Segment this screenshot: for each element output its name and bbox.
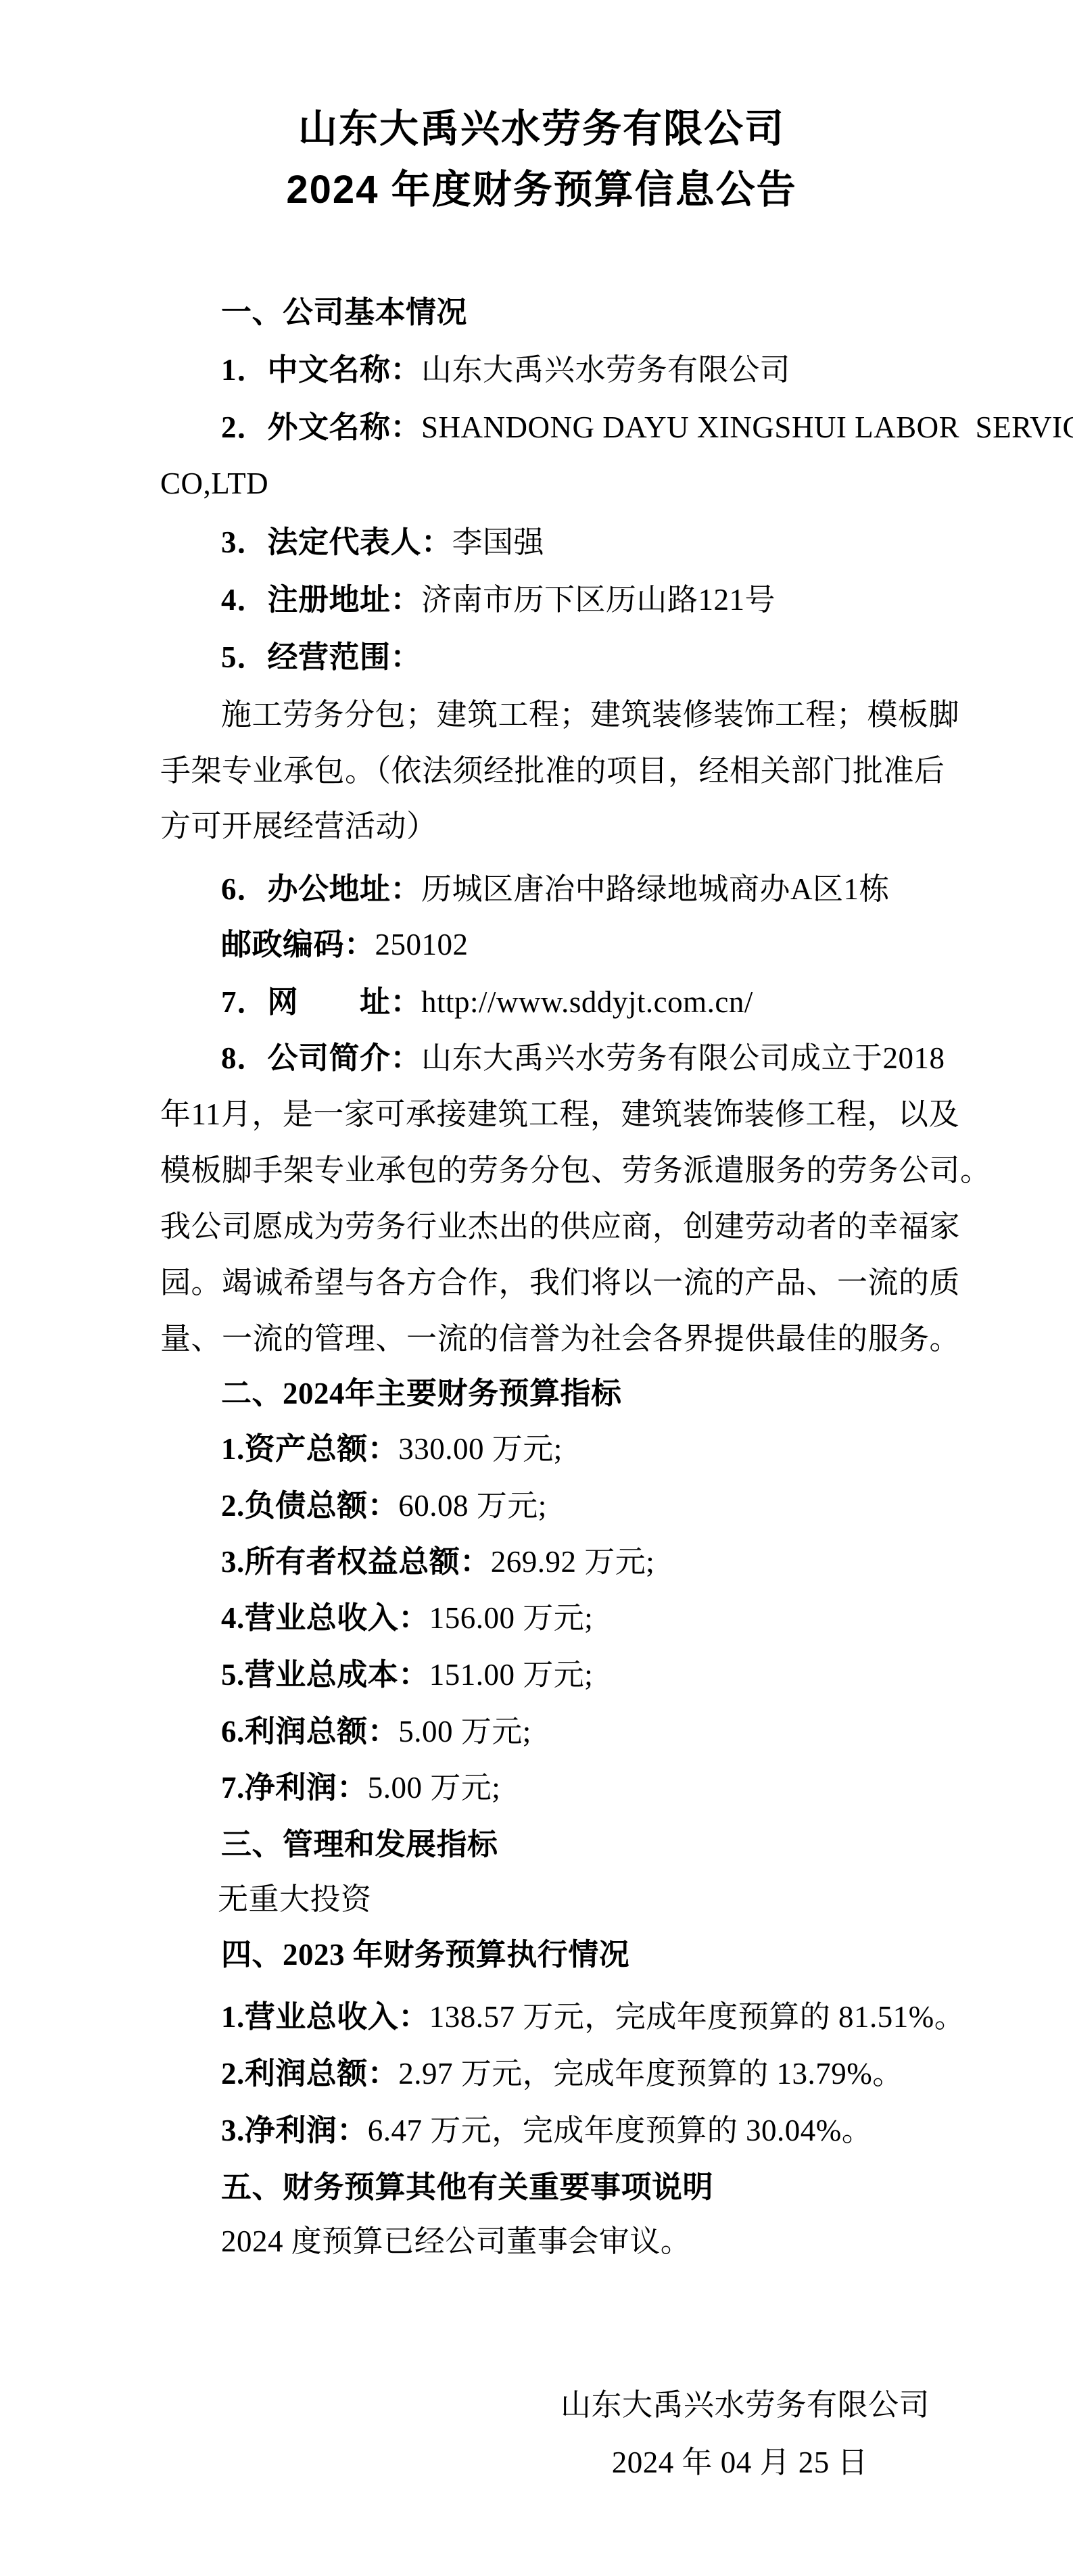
text-line: 5.营业总成本：151.00 万元; — [221, 1658, 593, 1693]
text-line: 3.所有者权益总额：269.92 万元; — [221, 1545, 654, 1580]
value-text: CO,LTD — [160, 467, 268, 500]
label-text: 8．公司简介： — [221, 1041, 421, 1075]
label-text: 5.营业总成本： — [221, 1658, 429, 1692]
value-text: 山东大禹兴水劳务有限公司 — [421, 353, 790, 387]
text-line: 3.净利润：6.47 万元，完成年度预算的 30.04%。 — [221, 2114, 872, 2149]
value-text: 5.00 万元; — [368, 1771, 501, 1805]
document-page: 山东大禹兴水劳务有限公司 2024 年度财务预算信息公告 山东大禹兴水劳务有限公… — [0, 0, 1073, 2576]
value-text: 60.08 万元; — [398, 1489, 547, 1523]
label-text: 邮政编码： — [221, 928, 375, 961]
value-text: 年11月，是一家可承接建筑工程，建筑装饰装修工程，以及 — [160, 1097, 959, 1131]
label-text: 四、2023 年财务预算执行情况 — [221, 1938, 629, 1972]
value-text: http://www.sddyjt.com.cn/ — [421, 985, 753, 1019]
label-text: 4．注册地址： — [221, 583, 421, 617]
text-line: 2.利润总额：2.97 万元，完成年度预算的 13.79%。 — [221, 2057, 903, 2092]
label-text: 7．网 址： — [221, 985, 421, 1019]
text-line: 邮政编码：250102 — [221, 928, 469, 963]
label-text: 1.营业总收入： — [221, 2000, 429, 2034]
value-text: 山东大禹兴水劳务有限公司 — [561, 2388, 930, 2422]
label-text: 3．法定代表人： — [221, 525, 452, 559]
label-text: 2024 年度财务预算信息公告 — [286, 168, 796, 212]
signature-company: 山东大禹兴水劳务有限公司 — [561, 2388, 930, 2423]
value-text: 量、一流的管理、一流的信誉为社会各界提供最佳的服务。 — [160, 1322, 960, 1356]
value-text: 269.92 万元; — [491, 1545, 655, 1579]
text-line: 7．网 址：http://www.sddyjt.com.cn/ — [221, 985, 753, 1020]
section-heading-2: 二、2024年主要财务预算指标 — [221, 1377, 622, 1412]
label-text: 7.净利润： — [221, 1771, 368, 1805]
text-line: 我公司愿成为劳务行业杰出的供应商，创建劳动者的幸福家 — [160, 1210, 960, 1245]
doc-title-line-1: 山东大禹兴水劳务有限公司 — [160, 107, 923, 152]
text-line: 4.营业总收入：156.00 万元; — [221, 1601, 593, 1636]
value-text: 156.00 万元; — [429, 1601, 594, 1635]
text-line: 年11月，是一家可承接建筑工程，建筑装饰装修工程，以及 — [160, 1097, 959, 1132]
value-text: 2024 年 04 月 25 日 — [612, 2446, 868, 2479]
text-line: 6.利润总额：5.00 万元; — [221, 1715, 531, 1750]
value-text: 李国强 — [452, 525, 545, 559]
text-line: 3．法定代表人：李国强 — [221, 525, 544, 560]
value-text: SHANDONG DAYU XINGSHUI LABOR SERVICE — [421, 410, 1073, 444]
label-text: 1．中文名称： — [221, 353, 421, 387]
label-text: 2．外文名称： — [221, 410, 421, 444]
section-heading-3: 三、管理和发展指标 — [221, 1828, 498, 1863]
value-text: 138.57 万元，完成年度预算的 81.51%。 — [429, 2000, 965, 2034]
section-heading-4: 四、2023 年财务预算执行情况 — [221, 1938, 629, 1973]
value-text: 园。竭诚希望与各方合作，我们将以一流的产品、一流的质 — [160, 1266, 960, 1299]
text-line: 8．公司简介：山东大禹兴水劳务有限公司成立于2018 — [221, 1041, 945, 1076]
label-text: 2.利润总额： — [221, 2057, 398, 2091]
text-line: 2．外文名称：SHANDONG DAYU XINGSHUI LABOR SERV… — [221, 410, 1073, 446]
text-line: CO,LTD — [160, 467, 268, 502]
value-text: 手架专业承包。（依法须经批准的项目，经相关部门批准后 — [160, 754, 945, 788]
text-line: 1．中文名称：山东大禹兴水劳务有限公司 — [221, 353, 790, 388]
value-text: 济南市历下区历山路121号 — [421, 583, 776, 617]
label-text: 三、管理和发展指标 — [221, 1828, 498, 1861]
label-text: 二、2024年主要财务预算指标 — [221, 1377, 622, 1410]
text-line: 方可开展经营活动） — [160, 809, 437, 844]
value-text: 330.00 万元; — [398, 1432, 563, 1466]
doc-title-line-2: 2024 年度财务预算信息公告 — [160, 168, 923, 213]
signature-date: 2024 年 04 月 25 日 — [612, 2446, 868, 2481]
label-text: 2.负债总额： — [221, 1489, 398, 1523]
text-line: 园。竭诚希望与各方合作，我们将以一流的产品、一流的质 — [160, 1266, 960, 1301]
text-line: 施工劳务分包；建筑工程；建筑装修装饰工程；模板脚 — [221, 698, 959, 733]
section-heading-5: 五、财务预算其他有关重要事项说明 — [221, 2170, 713, 2205]
value-text: 6.47 万元，完成年度预算的 30.04%。 — [368, 2114, 873, 2147]
section-heading-1: 一、公司基本情况 — [221, 295, 467, 331]
text-line: 量、一流的管理、一流的信誉为社会各界提供最佳的服务。 — [160, 1322, 960, 1357]
text-line: 模板脚手架专业承包的劳务分包、劳务派遣服务的劳务公司。 — [160, 1153, 991, 1189]
text-line: 6．办公地址：历城区唐冶中路绿地城商办A区1栋 — [221, 872, 890, 907]
label-text: 6.利润总额： — [221, 1715, 398, 1748]
value-text: 我公司愿成为劳务行业杰出的供应商，创建劳动者的幸福家 — [160, 1210, 960, 1243]
value-text: 模板脚手架专业承包的劳务分包、劳务派遣服务的劳务公司。 — [160, 1153, 991, 1187]
text-line: 7.净利润：5.00 万元; — [221, 1771, 500, 1806]
value-text: 无重大投资 — [218, 1882, 372, 1916]
value-text: 山东大禹兴水劳务有限公司成立于2018 — [421, 1041, 945, 1075]
value-text: 250102 — [375, 928, 469, 961]
text-line: 1.资产总额：330.00 万元; — [221, 1432, 563, 1467]
label-text: 6．办公地址： — [221, 872, 421, 906]
value-text: 2.97 万元，完成年度预算的 13.79%。 — [398, 2057, 903, 2091]
value-text: 2024 度预算已经公司董事会审议。 — [221, 2224, 691, 2258]
value-text: 方可开展经营活动） — [160, 809, 437, 843]
text-line: 2.负债总额：60.08 万元; — [221, 1489, 547, 1524]
label-text: 3.净利润： — [221, 2114, 368, 2147]
text-line: 2024 度预算已经公司董事会审议。 — [221, 2224, 691, 2260]
label-text: 五、财务预算其他有关重要事项说明 — [221, 2170, 713, 2204]
label-text: 5．经营范围： — [221, 640, 421, 674]
label-text: 4.营业总收入： — [221, 1601, 429, 1635]
value-text: 5.00 万元; — [398, 1715, 531, 1748]
label-text: 山东大禹兴水劳务有限公司 — [298, 107, 785, 151]
text-line: 5．经营范围： — [221, 640, 421, 675]
label-text: 3.所有者权益总额： — [221, 1545, 491, 1579]
label-text: 一、公司基本情况 — [221, 295, 467, 329]
text-line: 1.营业总收入：138.57 万元，完成年度预算的 81.51%。 — [221, 2000, 965, 2035]
value-text: 历城区唐冶中路绿地城商办A区1栋 — [421, 872, 890, 906]
text-line: 无重大投资 — [218, 1882, 372, 1917]
text-line: 4．注册地址：济南市历下区历山路121号 — [221, 583, 776, 618]
label-text: 1.资产总额： — [221, 1432, 398, 1466]
value-text: 151.00 万元; — [429, 1658, 594, 1692]
value-text: 施工劳务分包；建筑工程；建筑装修装饰工程；模板脚 — [221, 698, 959, 732]
text-line: 手架专业承包。（依法须经批准的项目，经相关部门批准后 — [160, 754, 945, 789]
